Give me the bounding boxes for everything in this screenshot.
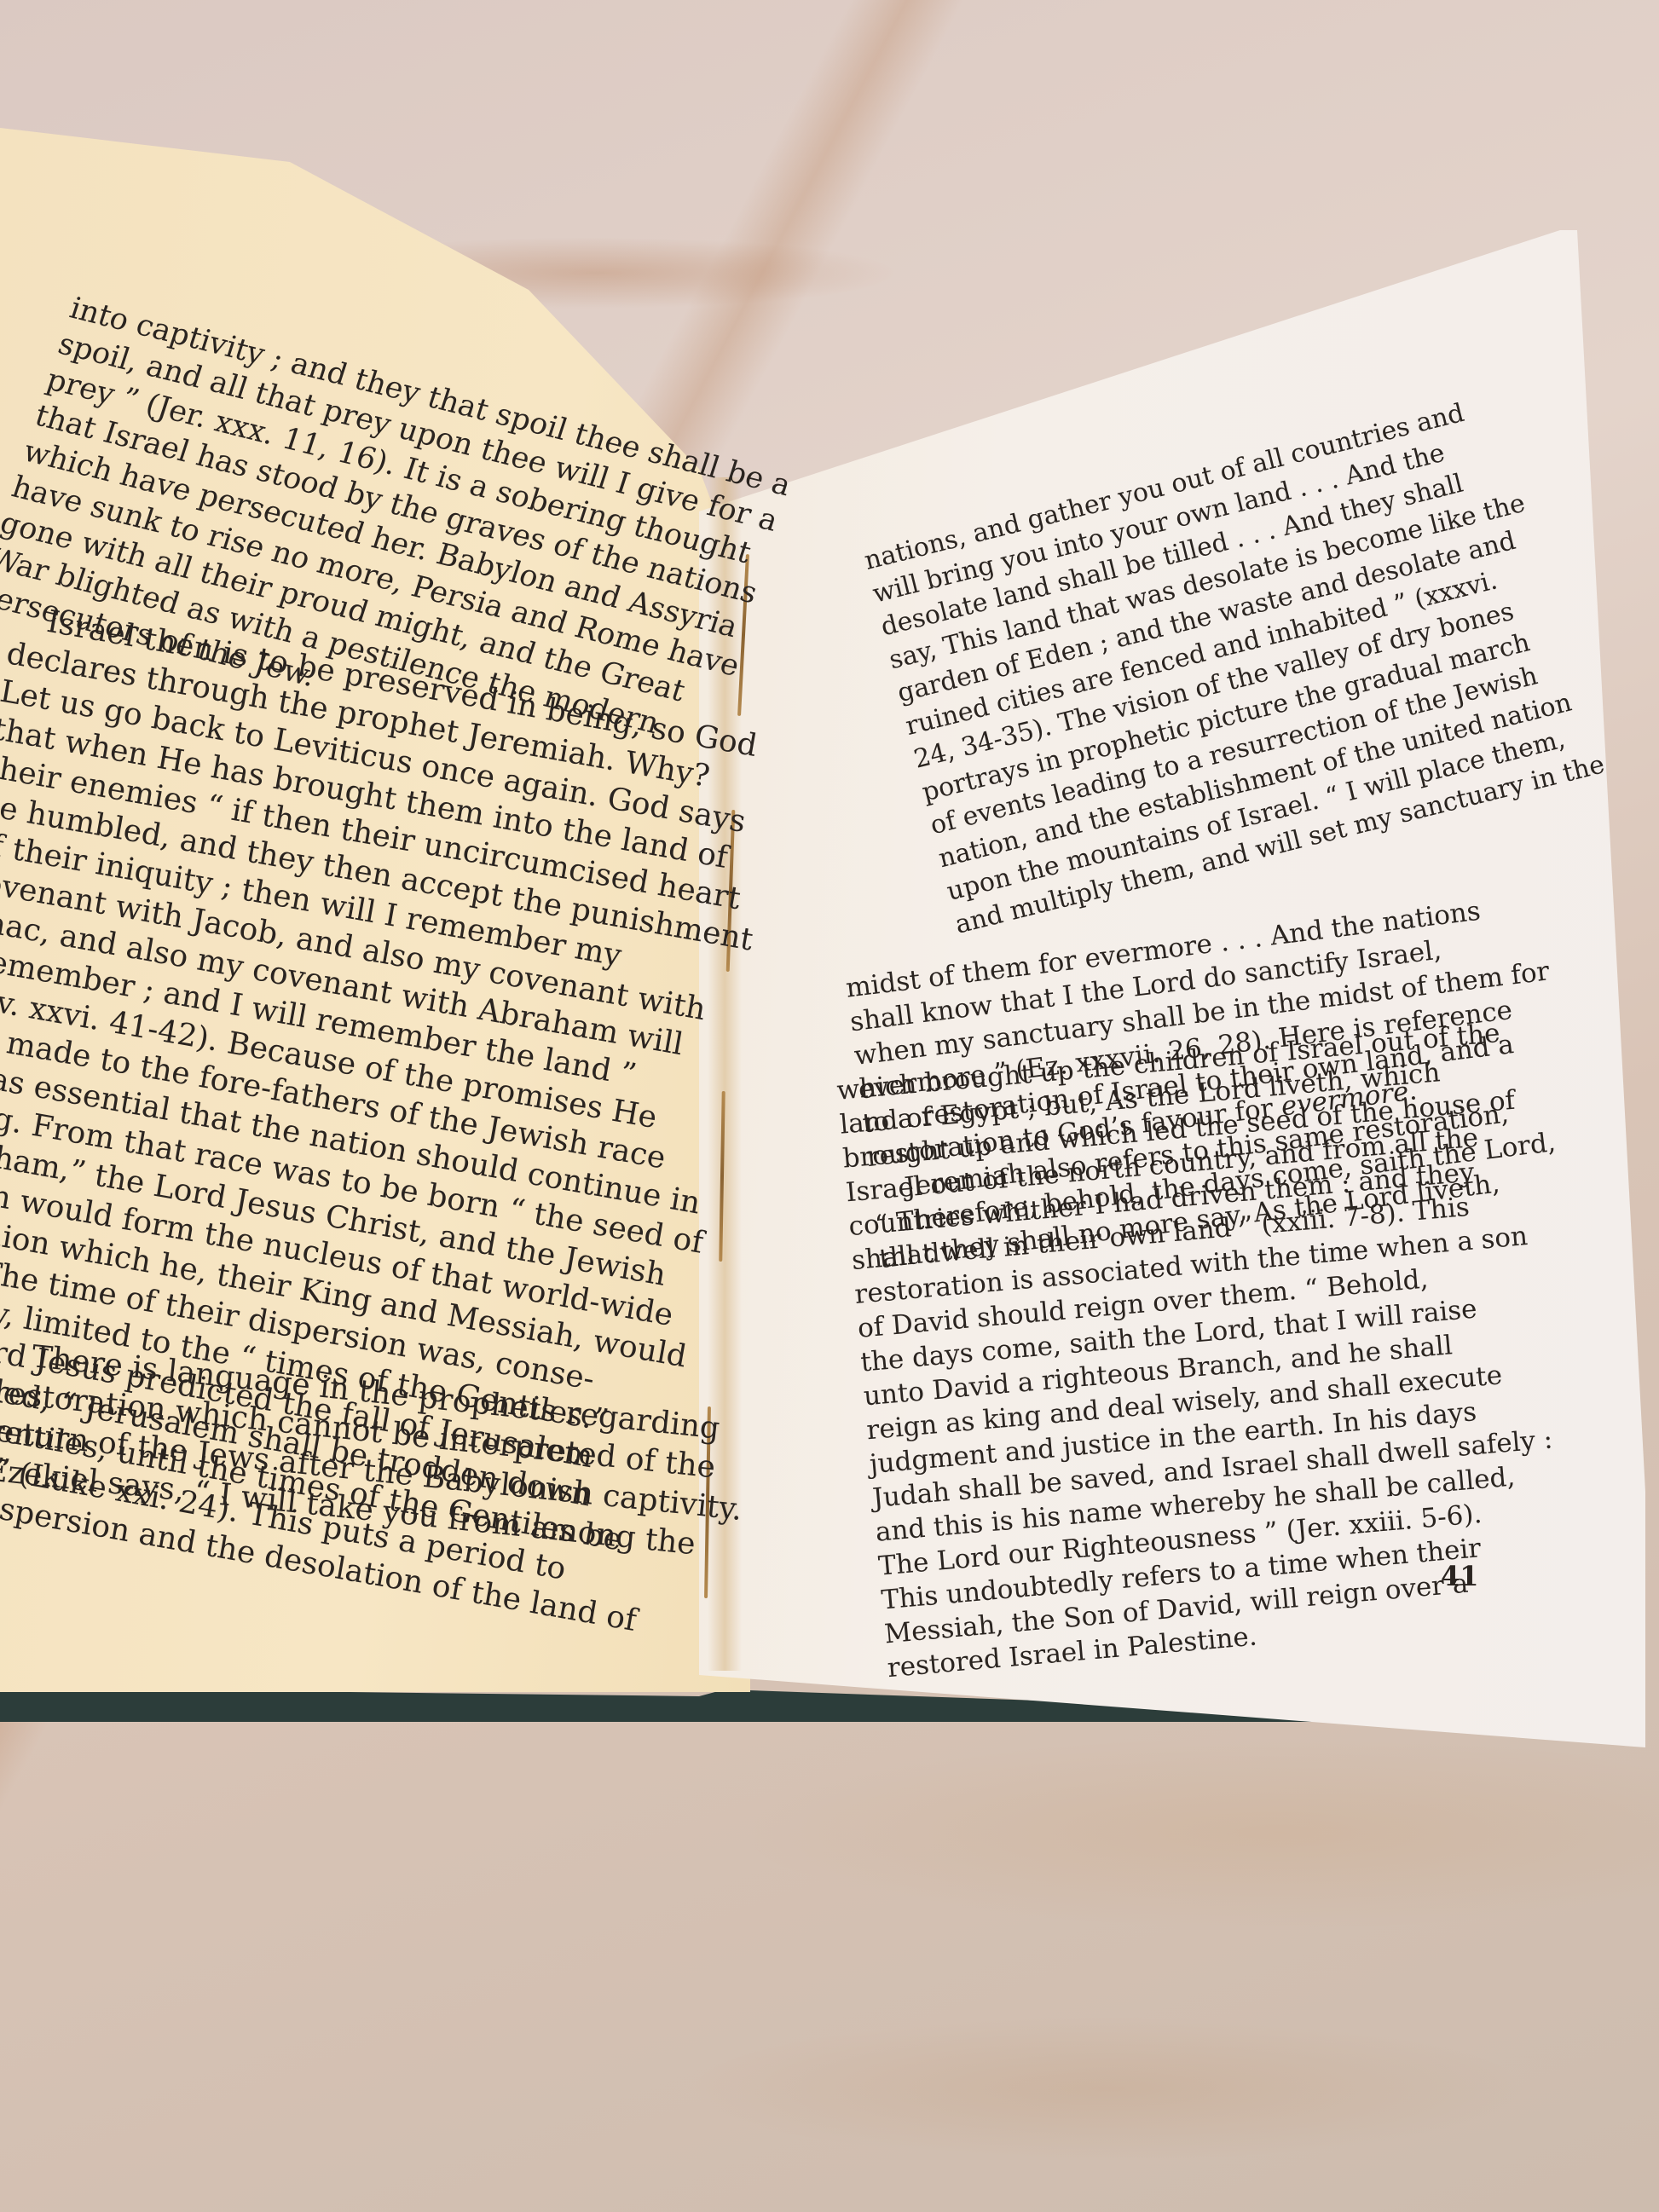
page-number: 41 <box>1441 1560 1479 1592</box>
open-book: into captivity ; and they that spoil the… <box>0 0 1659 2212</box>
